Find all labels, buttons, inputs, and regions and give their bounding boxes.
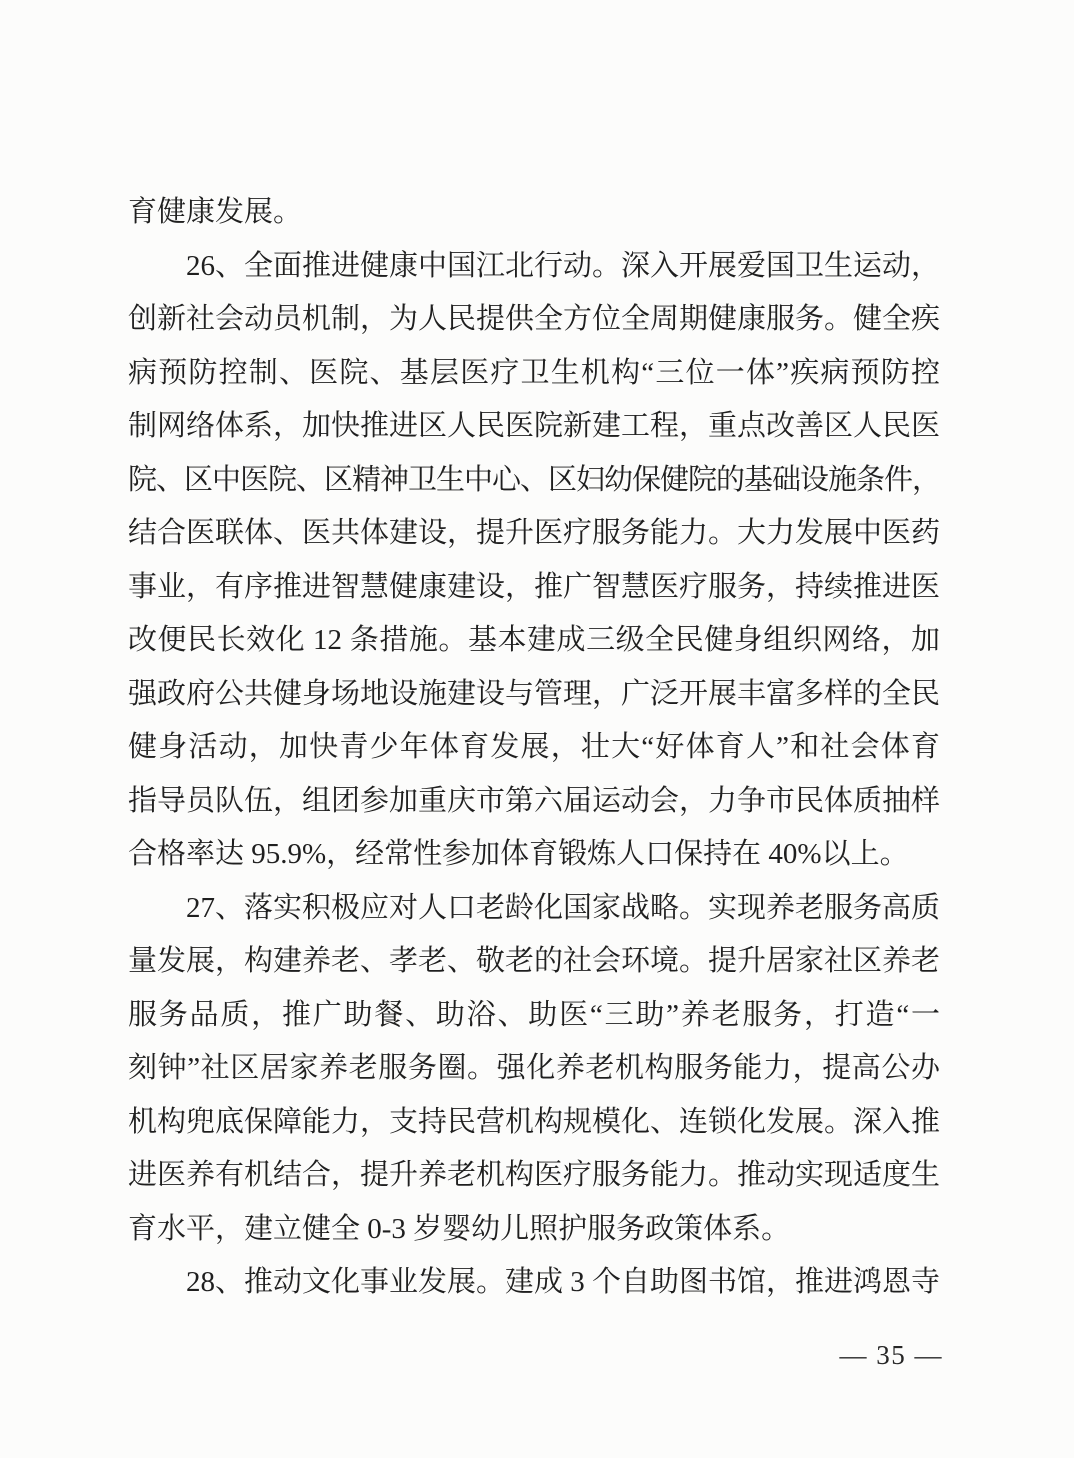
text-line: 进医养有机结合，提升养老机构医疗服务能力。推动实现适度生 — [128, 1149, 940, 1203]
page-footer: — 35 — — [840, 1340, 944, 1371]
text-line: 院、区中医院、区精神卫生中心、区妇幼保健院的基础设施条件， — [128, 454, 940, 508]
text-line: 事业，有序推进智慧健康建设，推广智慧医疗服务，持续推进医 — [128, 561, 940, 615]
text-line: 育水平，建立健全 0-3 岁婴幼儿照护服务政策体系。 — [128, 1203, 940, 1257]
text-line: 26、全面推进健康中国江北行动。深入开展爱国卫生运动， — [128, 240, 940, 294]
text-line: 创新社会动员机制，为人民提供全方位全周期健康服务。健全疾 — [128, 293, 940, 347]
text-line: 病预防控制、医院、基层医疗卫生机构“三位一体”疾病预防控 — [128, 347, 940, 401]
text-line: 健身活动，加快青少年体育发展，壮大“好体育人”和社会体育 — [128, 721, 940, 775]
text-line: 服务品质，推广助餐、助浴、助医“三助”养老服务，打造“一 — [128, 989, 940, 1043]
paragraph-item-27: 27、落实积极应对人口老龄化国家战略。实现养老服务高质 量发展，构建养老、孝老、… — [128, 882, 940, 1257]
text-line: 育健康发展。 — [128, 186, 940, 240]
text-line: 量发展，构建养老、孝老、敬老的社会环境。提升居家社区养老 — [128, 935, 940, 989]
text-line: 合格率达 95.9%，经常性参加体育锻炼人口保持在 40%以上。 — [128, 828, 940, 882]
text-line: 27、落实积极应对人口老龄化国家战略。实现养老服务高质 — [128, 882, 940, 936]
text-line: 改便民长效化 12 条措施。基本建成三级全民健身组织网络，加 — [128, 614, 940, 668]
paragraph-continuation: 育健康发展。 — [128, 186, 940, 240]
paragraph-item-26: 26、全面推进健康中国江北行动。深入开展爱国卫生运动， 创新社会动员机制，为人民… — [128, 240, 940, 882]
text-line: 指导员队伍，组团参加重庆市第六届运动会，力争市民体质抽样 — [128, 775, 940, 829]
text-line: 机构兜底保障能力，支持民营机构规模化、连锁化发展。深入推 — [128, 1096, 940, 1150]
text-line: 结合医联体、医共体建设，提升医疗服务能力。大力发展中医药 — [128, 507, 940, 561]
document-page: 育健康发展。 26、全面推进健康中国江北行动。深入开展爱国卫生运动， 创新社会动… — [0, 0, 1074, 1458]
paragraph-item-28: 28、推动文化事业发展。建成 3 个自助图书馆，推进鸿恩寺 — [128, 1256, 940, 1310]
document-body: 育健康发展。 26、全面推进健康中国江北行动。深入开展爱国卫生运动， 创新社会动… — [128, 186, 940, 1310]
text-line: 制网络体系，加快推进区人民医院新建工程，重点改善区人民医 — [128, 400, 940, 454]
page-number: — 35 — — [840, 1340, 944, 1370]
text-line: 28、推动文化事业发展。建成 3 个自助图书馆，推进鸿恩寺 — [128, 1256, 940, 1310]
text-line: 强政府公共健身场地设施建设与管理，广泛开展丰富多样的全民 — [128, 668, 940, 722]
text-line: 刻钟”社区居家养老服务圈。强化养老机构服务能力，提高公办 — [128, 1042, 940, 1096]
